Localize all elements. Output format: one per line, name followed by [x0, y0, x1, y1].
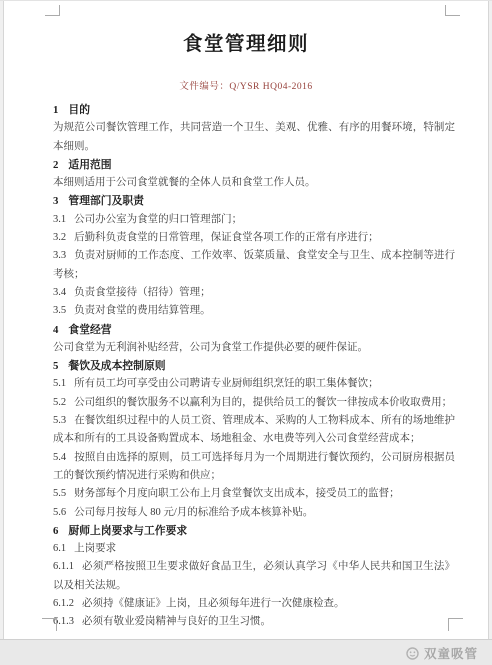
clause-item: 5.5财务部每个月度向职工公布上月食堂餐饮支出成本，接受员工的监督； — [53, 485, 455, 503]
section-heading: 2适用范围 — [53, 156, 455, 174]
clause-text: 后勤科负责食堂的日常管理，保证食堂各项工作的正常有序进行； — [74, 232, 379, 243]
clause-item: 5.6公司每月按每人 80 元/月的标准给予成本核算补贴。 — [53, 504, 455, 522]
clause-text: 本细则适用于公司食堂就餐的全体人员和食堂工作人员。 — [53, 177, 316, 188]
clause-text: 负责食堂接待（招待）管理； — [74, 287, 211, 298]
clause-number: 6.1.2 — [53, 598, 74, 609]
clause-number: 6 — [53, 525, 58, 537]
clause-item: 5.3在餐饮组织过程中的人员工资、管理成本、采购的人工物料成本、所有的场地维护成… — [53, 412, 455, 449]
clause-text: 财务部每个月度向职工公布上月食堂餐饮支出成本，接受员工的监督； — [74, 488, 400, 499]
clause-text: 目的 — [68, 104, 90, 116]
footer-strip: 双童吸管 — [0, 639, 492, 665]
clause-text: 必须有敬业爱岗精神与良好的卫生习惯。 — [82, 616, 271, 627]
paragraph: 为规范公司餐饮管理工作，共同营造一个卫生、美观、优雅、有序的用餐环境，特制定本细… — [53, 119, 455, 156]
clause-text: 公司每月按每人 80 元/月的标准给予成本核算补贴。 — [74, 507, 313, 518]
watermark-logo-icon — [406, 647, 419, 660]
clause-item: 3.5负责对食堂的费用结算管理。 — [53, 302, 455, 320]
crop-mark-bottom-left-icon — [42, 618, 57, 631]
clause-text: 食堂经营 — [68, 324, 111, 336]
doc-number-label: 文件编号： — [179, 82, 229, 92]
paragraph: 公司食堂为无利润补贴经营，公司为食堂工作提供必要的硬件保证。 — [53, 339, 455, 357]
clause-item: 3.3负责对厨师的工作态度、工作效率、饭菜质量、食堂安全与卫生、成本控制等进行考… — [53, 247, 455, 284]
paragraph: 本细则适用于公司食堂就餐的全体人员和食堂工作人员。 — [53, 174, 455, 192]
screenshot-canvas: 食堂管理细则 文件编号：Q/YSR HQ04-2016 1目的为规范公司餐饮管理… — [0, 0, 492, 665]
clause-item: 3.4负责食堂接待（招待）管理； — [53, 284, 455, 302]
section-heading: 6厨师上岗要求与工作要求 — [53, 522, 455, 540]
document-body: 1目的为规范公司餐饮管理工作，共同营造一个卫生、美观、优雅、有序的用餐环境，特制… — [53, 101, 455, 632]
clause-item: 6.1.3必须有敬业爱岗精神与良好的卫生习惯。 — [53, 613, 455, 631]
section-heading: 1目的 — [53, 101, 455, 119]
clause-text: 按照自由选择的原则，员工可选择每月为一个周期进行餐饮预约，公司厨房根据员工的餐饮… — [53, 452, 455, 481]
clause-text: 负责对厨师的工作态度、工作效率、饭菜质量、食堂安全与卫生、成本控制等进行考核； — [53, 250, 455, 279]
clause-text: 适用范围 — [68, 159, 111, 171]
clause-text: 负责对食堂的费用结算管理。 — [74, 305, 211, 316]
doc-number-value: Q/YSR HQ04-2016 — [229, 82, 312, 92]
watermark-text: 双童吸管 — [424, 644, 478, 662]
clause-item: 3.1公司办公室为食堂的归口管理部门； — [53, 211, 455, 229]
document-page: 食堂管理细则 文件编号：Q/YSR HQ04-2016 1目的为规范公司餐饮管理… — [0, 1, 492, 638]
clause-item: 6.1.1必须严格按照卫生要求做好食品卫生，必须认真学习《中华人民共和国卫生法》… — [53, 558, 455, 595]
clause-number: 5.3 — [53, 415, 66, 426]
page-title: 食堂管理细则 — [0, 32, 492, 58]
clause-number: 5.6 — [53, 507, 66, 518]
clause-text: 上岗要求 — [74, 543, 116, 554]
clause-number: 6.1.1 — [53, 561, 74, 572]
clause-text: 在餐饮组织过程中的人员工资、管理成本、采购的人工物料成本、所有的场地维护成本和所… — [53, 415, 455, 444]
clause-item: 6.1上岗要求 — [53, 540, 455, 558]
clause-text: 为规范公司餐饮管理工作，共同营造一个卫生、美观、优雅、有序的用餐环境，特制定本细… — [53, 122, 455, 151]
clause-text: 必须严格按照卫生要求做好食品卫生，必须认真学习《中华人民共和国卫生法》以及相关法… — [53, 561, 455, 590]
clause-number: 3 — [53, 195, 58, 207]
clause-text: 公司组织的餐饮服务不以赢利为目的，提供给员工的餐饮一律按成本价收取费用； — [74, 397, 452, 408]
clause-text: 厨师上岗要求与工作要求 — [68, 525, 187, 537]
section-heading: 5餐饮及成本控制原则 — [53, 357, 455, 375]
clause-text: 餐饮及成本控制原则 — [68, 360, 165, 372]
clause-number: 3.2 — [53, 232, 66, 243]
clause-text: 公司食堂为无利润补贴经营，公司为食堂工作提供必要的硬件保证。 — [53, 342, 368, 353]
crop-mark-top-right-icon — [445, 5, 460, 16]
crop-mark-top-left-icon — [45, 5, 60, 16]
clause-number: 5 — [53, 360, 58, 372]
clause-text: 公司办公室为食堂的归口管理部门； — [74, 214, 242, 225]
clause-number: 3.1 — [53, 214, 66, 225]
clause-number: 3.5 — [53, 305, 66, 316]
clause-item: 5.2公司组织的餐饮服务不以赢利为目的，提供给员工的餐饮一律按成本价收取费用； — [53, 394, 455, 412]
clause-number: 5.2 — [53, 397, 66, 408]
clause-item: 3.2后勤科负责食堂的日常管理，保证食堂各项工作的正常有序进行； — [53, 229, 455, 247]
clause-number: 3.3 — [53, 250, 66, 261]
clause-text: 必须持《健康证》上岗，且必须每年进行一次健康检查。 — [82, 598, 345, 609]
section-heading: 3管理部门及职责 — [53, 192, 455, 210]
clause-number: 4 — [53, 324, 58, 336]
clause-number: 2 — [53, 159, 58, 171]
doc-number: 文件编号：Q/YSR HQ04-2016 — [0, 81, 492, 94]
clause-number: 5.5 — [53, 488, 66, 499]
clause-number: 5.1 — [53, 378, 66, 389]
clause-number: 5.4 — [53, 452, 66, 463]
clause-text: 所有员工均可享受由公司聘请专业厨师组织烹饪的职工集体餐饮； — [74, 378, 379, 389]
clause-number: 1 — [53, 104, 58, 116]
clause-number: 3.4 — [53, 287, 66, 298]
clause-item: 5.4按照自由选择的原则，员工可选择每月为一个周期进行餐饮预约，公司厨房根据员工… — [53, 449, 455, 486]
section-heading: 4食堂经营 — [53, 321, 455, 339]
clause-item: 5.1所有员工均可享受由公司聘请专业厨师组织烹饪的职工集体餐饮； — [53, 375, 455, 393]
crop-mark-bottom-right-icon — [448, 618, 463, 631]
clause-number: 6.1 — [53, 543, 66, 554]
clause-item: 6.1.2必须持《健康证》上岗，且必须每年进行一次健康检查。 — [53, 595, 455, 613]
clause-text: 管理部门及职责 — [68, 195, 144, 207]
